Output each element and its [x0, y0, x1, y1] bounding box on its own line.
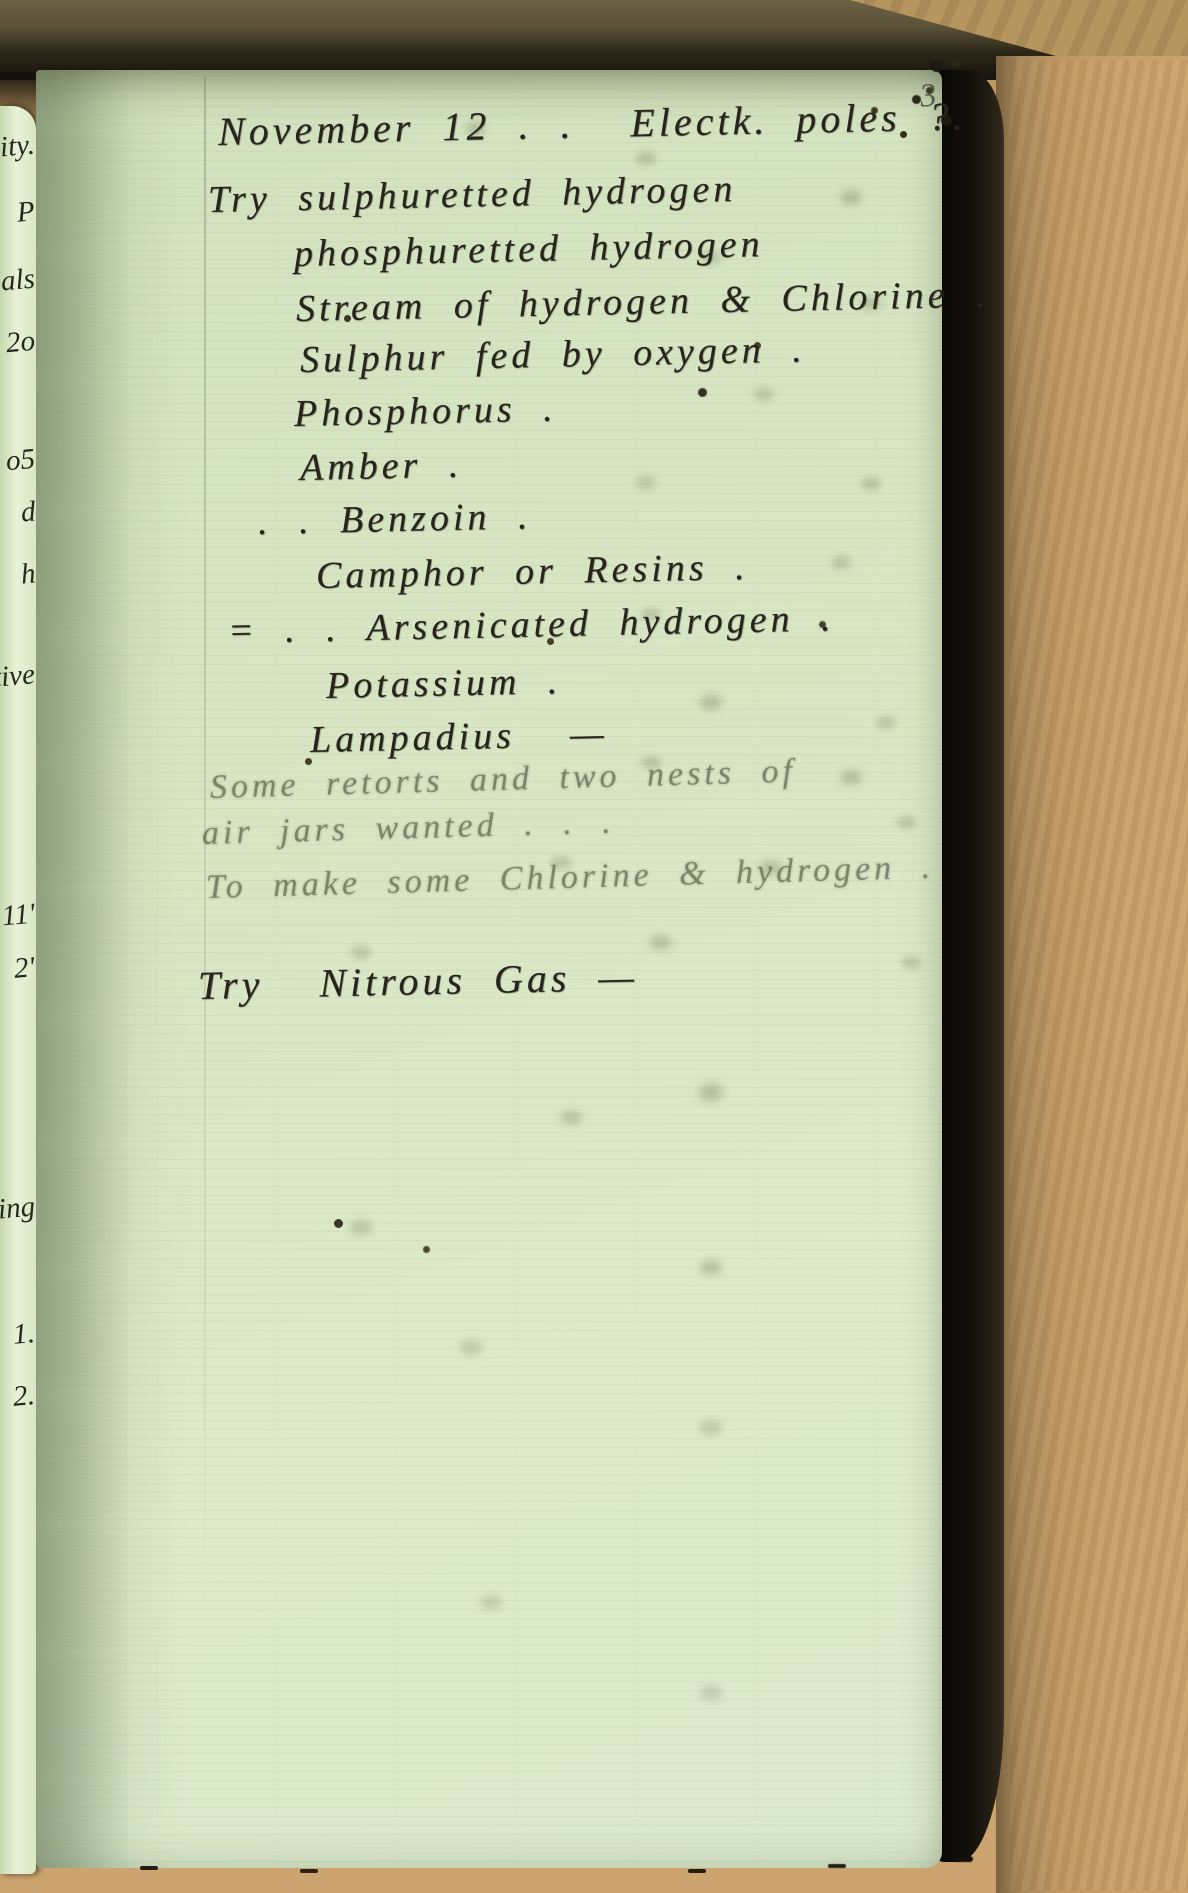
chain-line-crease — [204, 76, 206, 1636]
manuscript-line: Phosphorus . — [294, 390, 557, 433]
book-fore-edge — [934, 70, 1004, 1862]
margin-fragment: d — [19, 497, 36, 527]
margin-fragment: 11' — [1, 900, 36, 932]
margin-fragment: 2. — [12, 1381, 36, 1412]
manuscript-line: Try Nitrous Gas — — [198, 957, 639, 1006]
manuscript-line: Amber . — [300, 446, 463, 487]
manuscript-line: Camphor or Resins . — [316, 548, 749, 595]
manuscript-line: . . Benzoin . — [258, 497, 532, 541]
margin-fragment: o5 — [5, 445, 36, 476]
manuscript-line: Potassium . — [326, 662, 562, 705]
margin-fragment: 2o — [5, 327, 36, 358]
margin-fragment: 2' — [13, 953, 36, 984]
wood-grain-texture — [1010, 60, 1188, 1890]
manuscript-line: Lampadius — — [310, 715, 608, 759]
manuscript-line: phosphuretted hydrogen — [294, 225, 764, 273]
margin-fragment: P — [16, 197, 36, 227]
margin-fragment: h — [19, 559, 36, 589]
margin-fragment: ing — [0, 1192, 36, 1224]
previous-page-edge: ity. P als 2o o5 d h tive 11' 2' ing 1. … — [0, 106, 36, 1874]
bottom-edge-shadow-dashes — [0, 0, 18, 4]
margin-fragment: tive — [0, 660, 36, 693]
margin-fragment: ity. — [0, 131, 36, 163]
manuscript-line: Sulphur fed by oxygen . — [300, 330, 806, 379]
margin-fragment: 1. — [12, 1319, 36, 1350]
margin-fragment: als — [0, 265, 36, 297]
notebook-photo: ity. P als 2o o5 d h tive 11' 2' ing 1. … — [0, 0, 1188, 1893]
